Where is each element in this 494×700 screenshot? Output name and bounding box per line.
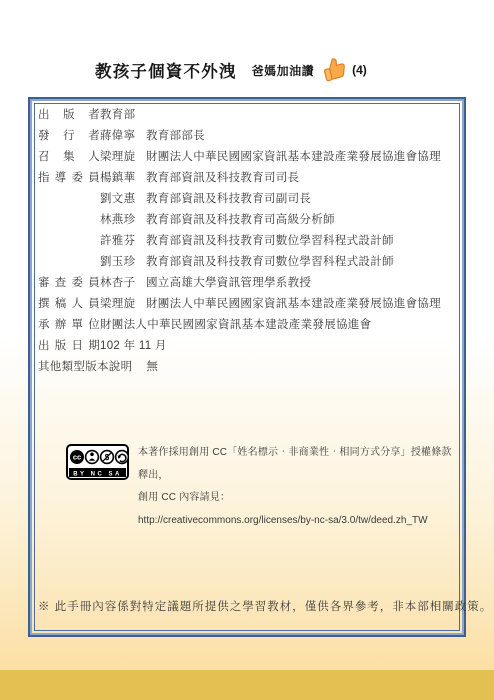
row-name: 梁理旋 bbox=[100, 147, 146, 168]
colophon-row-advisor: 劉玉珍 教育部資訊及科技教育司數位學習科程式設計師 bbox=[38, 252, 453, 273]
thumbs-up-icon bbox=[321, 56, 347, 85]
row-label bbox=[38, 252, 100, 273]
row-name: 林燕珍 bbox=[100, 210, 146, 231]
page-title: 教孩子個資不外洩 bbox=[95, 58, 237, 82]
row-name: 楊鎮華 bbox=[100, 168, 146, 189]
colophon-row-reviewer: 審查委員 林杏子 國立高雄大學資訊管理學系教授 bbox=[38, 273, 453, 294]
row-desc: 教育部資訊及科技教育司高級分析師 bbox=[146, 210, 453, 231]
row-name: 蔣偉寧 bbox=[100, 126, 146, 147]
row-label bbox=[38, 189, 100, 210]
row-desc: 教育部資訊及科技教育司副司長 bbox=[146, 189, 453, 210]
colophon-box-inner-border: 出版者 教育部 發行者 蔣偉寧 教育部部長 召集人 梁理旋 財團法人中華民國國家… bbox=[34, 103, 460, 631]
row-name: 許雅芬 bbox=[100, 231, 146, 252]
row-name: 劉玉珍 bbox=[100, 252, 146, 273]
row-value: 無 bbox=[146, 357, 158, 378]
row-label: 發行者 bbox=[38, 126, 100, 147]
colophon-row-organizer: 承辦單位 財團法人中華民國國家資訊基本建設產業發展協進會 bbox=[38, 315, 453, 336]
row-desc: 教育部資訊及科技教育司數位學習科程式設計師 bbox=[146, 231, 453, 252]
row-desc bbox=[146, 105, 453, 126]
svg-text:cc: cc bbox=[73, 453, 81, 462]
license-url: http://creativecommons.org/licenses/by-n… bbox=[138, 510, 453, 533]
row-desc: 財團法人中華民國國家資訊基本建設產業發展協進會協理 bbox=[146, 294, 453, 315]
row-desc: 教育部資訊及科技教育司司長 bbox=[146, 168, 453, 189]
row-label: 指導委員 bbox=[38, 168, 100, 189]
colophon-row-convener: 召集人 梁理旋 財團法人中華民國國家資訊基本建設產業發展協進會協理 bbox=[38, 147, 453, 168]
license-line-1: 本著作採用創用 CC「姓名標示‧非商業性‧相同方式分享」授權條款釋出， bbox=[138, 442, 453, 487]
row-desc: 財團法人中華民國國家資訊基本建設產業發展協進會協理 bbox=[146, 147, 453, 168]
row-name: 教育部 bbox=[100, 105, 146, 126]
colophon-row-other-versions: 其他類型版本說明 無 bbox=[38, 357, 453, 378]
colophon-row-publish-date: 出版日期 102 年 11 月 bbox=[38, 336, 453, 357]
colophon-row-advisor: 指導委員 楊鎮華 教育部資訊及科技教育司司長 bbox=[38, 168, 453, 189]
colophon-row-writer: 撰稿人員 梁理旋 財團法人中華民國國家資訊基本建設產業發展協進會協理 bbox=[38, 294, 453, 315]
colophon-box: 出版者 教育部 發行者 蔣偉寧 教育部部長 召集人 梁理旋 財團法人中華民國國家… bbox=[28, 97, 466, 637]
row-desc: 教育部資訊及科技教育司數位學習科程式設計師 bbox=[146, 252, 453, 273]
row-desc: 教育部部長 bbox=[146, 126, 453, 147]
colophon-row-issuer: 發行者 蔣偉寧 教育部部長 bbox=[38, 126, 453, 147]
page-header: 教孩子個資不外洩 爸媽加油讚 (4) bbox=[95, 54, 367, 86]
colophon-row-publisher: 出版者 教育部 bbox=[38, 105, 453, 126]
cc-by-nc-sa-badge-icon: BY NC SA cc $ bbox=[66, 444, 129, 485]
colophon-content: 出版者 教育部 發行者 蔣偉寧 教育部部長 召集人 梁理旋 財團法人中華民國國家… bbox=[35, 104, 459, 614]
colophon-row-advisor: 林燕珍 教育部資訊及科技教育司高級分析師 bbox=[38, 210, 453, 231]
row-label: 承辦單位 bbox=[38, 315, 100, 336]
colophon-row-advisor: 劉文惠 教育部資訊及科技教育司副司長 bbox=[38, 189, 453, 210]
row-name: 梁理旋 bbox=[100, 294, 146, 315]
row-label: 出版者 bbox=[38, 105, 100, 126]
license-line-2: 創用 CC 內容請見： bbox=[138, 487, 453, 510]
row-desc: 國立高雄大學資訊管理學系教授 bbox=[146, 273, 453, 294]
row-label: 出版日期 bbox=[38, 336, 100, 357]
series-title: 爸媽加油讚 bbox=[252, 62, 315, 79]
row-label: 撰稿人員 bbox=[38, 294, 100, 315]
row-label: 召集人 bbox=[38, 147, 100, 168]
row-label: 審查委員 bbox=[38, 273, 100, 294]
svg-text:BY NC SA: BY NC SA bbox=[73, 471, 122, 477]
license-text: 本著作採用創用 CC「姓名標示‧非商業性‧相同方式分享」授權條款釋出， 創用 C… bbox=[138, 442, 453, 532]
row-name: 劉文惠 bbox=[100, 189, 146, 210]
row-value: 財團法人中華民國國家資訊基本建設產業發展協進會 bbox=[100, 315, 371, 336]
colophon-row-advisor: 許雅芬 教育部資訊及科技教育司數位學習科程式設計師 bbox=[38, 231, 453, 252]
colophon-box-middle-border: 出版者 教育部 發行者 蔣偉寧 教育部部長 召集人 梁理旋 財團法人中華民國國家… bbox=[30, 99, 464, 635]
disclaimer-note: ※ 此手冊內容係對特定議題所提供之學習教材，僅供各界參考，非本部相關政策。 bbox=[38, 598, 453, 614]
row-name: 林杏子 bbox=[100, 273, 146, 294]
row-label bbox=[38, 210, 100, 231]
row-label: 其他類型版本說明 bbox=[38, 357, 132, 378]
license-section: BY NC SA cc $ bbox=[66, 442, 453, 532]
row-value: 102 年 11 月 bbox=[100, 336, 167, 357]
issue-number: (4) bbox=[352, 63, 367, 77]
row-label bbox=[38, 231, 100, 252]
